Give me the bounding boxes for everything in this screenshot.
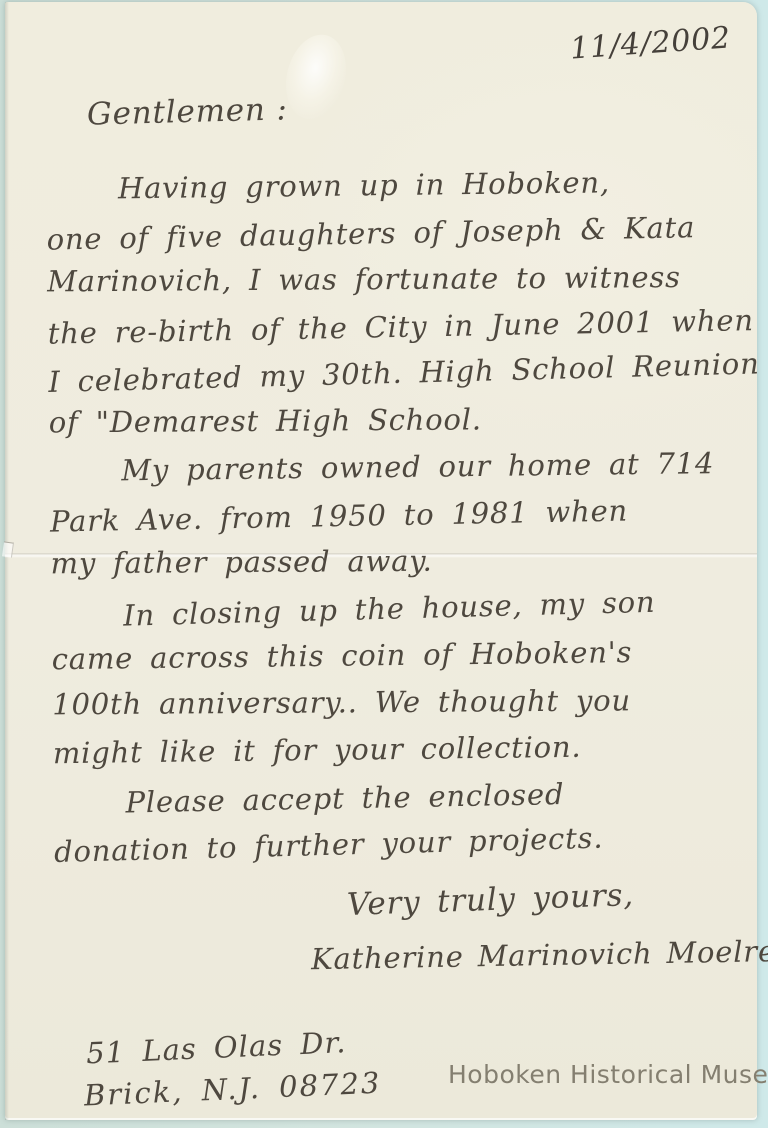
- sender-address: 51 Las Olas Dr. Brick, N.J. 08723: [85, 1020, 382, 1117]
- salutation: Gentlemen :: [87, 91, 288, 132]
- letter-paper: 11/4/2002 Gentlemen : Having grown up in…: [5, 2, 757, 1120]
- closing-line: Very truly yours,: [346, 877, 634, 923]
- paper-edge-shadow: [5, 2, 9, 1120]
- body-line: Marinovich, I was fortunate to witness: [47, 254, 737, 306]
- letter-date: 11/4/2002: [569, 20, 732, 66]
- body-line: of "Demarest High School.: [49, 395, 739, 447]
- edge-nick: [2, 541, 14, 557]
- museum-watermark: Hoboken Historical Museum: [448, 1060, 768, 1089]
- letter-body: Having grown up in Hoboken,one of five d…: [46, 158, 745, 871]
- body-line: came across this coin of Hoboken's: [51, 628, 742, 683]
- body-line: 100th anniversary.. We thought you: [52, 677, 742, 729]
- paper-stain: [277, 28, 354, 125]
- signature: Katherine Marinovich Moelres: [311, 934, 768, 976]
